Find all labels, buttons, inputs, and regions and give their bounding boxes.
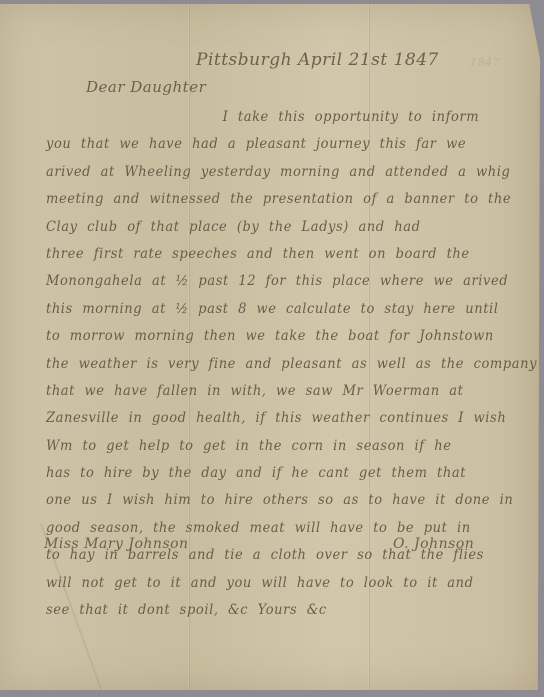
letter-line: Zanesville in good health, if this weath… bbox=[46, 405, 495, 432]
letter-signature: O. Johnson bbox=[393, 536, 474, 552]
letter-line: Clay club of that place (by the Ladys) a… bbox=[46, 214, 495, 241]
letter-line: meeting and witnessed the presentation o… bbox=[46, 186, 495, 213]
letter-line: see that it dont spoil, &c Yours &c bbox=[46, 597, 495, 624]
letter-recipient: Miss Mary Johnson bbox=[44, 536, 189, 552]
letter-line: the weather is very fine and pleasant as… bbox=[46, 351, 495, 378]
letter-line: Wm to get help to get in the corn in sea… bbox=[46, 433, 495, 460]
letter-place-date: Pittsburgh April 21st 1847 bbox=[196, 50, 439, 70]
letter-paper: Pittsburgh April 21st 1847 1847 Dear Dau… bbox=[0, 4, 540, 690]
letter-line: to morrow morning then we take the boat … bbox=[46, 323, 495, 350]
letter-salutation: Dear Daughter bbox=[86, 78, 206, 96]
letter-line: one us I wish him to hire others so as t… bbox=[46, 487, 495, 514]
letter-line: has to hire by the day and if he cant ge… bbox=[46, 460, 495, 487]
letter-line: Monongahela at ½ past 12 for this place … bbox=[46, 268, 495, 295]
letter-line: I take this opportunity to inform bbox=[46, 104, 495, 131]
letter-line: that we have fallen in with, we saw Mr W… bbox=[46, 378, 495, 405]
letter-line: this morning at ½ past 8 we calculate to… bbox=[46, 296, 495, 323]
letter-line: arived at Wheeling yesterday morning and… bbox=[46, 159, 495, 186]
scan-background: Pittsburgh April 21st 1847 1847 Dear Dau… bbox=[0, 0, 544, 697]
pencil-annotation: 1847 bbox=[470, 56, 500, 69]
letter-line: three first rate speeches and then went … bbox=[46, 241, 495, 268]
letter-line: you that we have had a pleasant journey … bbox=[46, 131, 495, 158]
letter-line: will not get to it and you will have to … bbox=[46, 570, 495, 597]
